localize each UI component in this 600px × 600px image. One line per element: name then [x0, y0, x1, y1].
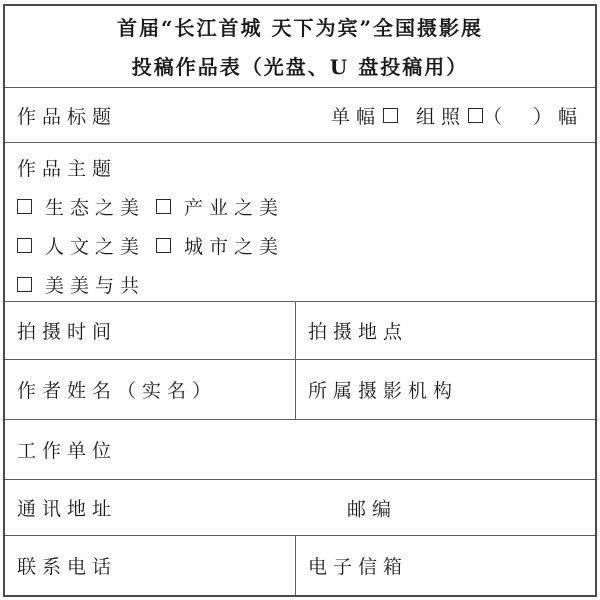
- group-photo-label: 组照: [416, 102, 466, 129]
- author-name-cell: 作者姓名（实名）: [5, 360, 296, 419]
- form-title-block: 首届“长江首城 天下为宾”全国摄影展 投稿作品表（光盘、U 盘投稿用）: [5, 6, 595, 87]
- submission-form-table: 首届“长江首城 天下为宾”全国摄影展 投稿作品表（光盘、U 盘投稿用） 作品标题…: [3, 4, 597, 597]
- email-cell: 电子信箱: [296, 536, 595, 595]
- artwork-title-row: 作品标题 单幅 组照 （ ）幅: [5, 87, 595, 142]
- shoot-time-label: 拍摄时间: [17, 317, 117, 344]
- theme-checkbox-humanity[interactable]: [17, 238, 32, 253]
- photo-org-cell: 所属摄影机构: [296, 360, 595, 419]
- theme-checkbox-harmony[interactable]: [17, 277, 32, 292]
- author-row: 作者姓名（实名） 所属摄影机构: [5, 359, 595, 419]
- theme-row: 作品主题 生态之美 产业之美 人文之美 城市之美 美美与共: [5, 142, 595, 301]
- frame-type-options: 单幅 组照 （ ）幅: [331, 102, 583, 129]
- theme-label: 作品主题: [17, 154, 117, 181]
- mail-address-label: 通讯地址: [17, 494, 117, 521]
- author-name-label: 作者姓名（实名）: [17, 376, 217, 403]
- theme-options-line2: 人文之美 城市之美: [17, 226, 583, 265]
- group-count-suffix: （ ）幅: [483, 102, 583, 129]
- phone-cell: 联系电话: [5, 536, 296, 595]
- work-unit-row: 工作单位: [5, 419, 595, 479]
- contact-row: 联系电话 电子信箱: [5, 535, 595, 595]
- phone-label: 联系电话: [17, 552, 117, 579]
- single-frame-checkbox[interactable]: [383, 108, 398, 123]
- theme-options-line1: 生态之美 产业之美: [17, 187, 583, 226]
- theme-label-line: 作品主题: [17, 148, 583, 187]
- email-label: 电子信箱: [308, 552, 408, 579]
- mail-address-row: 通讯地址 邮编: [5, 479, 595, 535]
- theme-checkbox-ecology[interactable]: [17, 199, 32, 214]
- theme-option-industry: 产业之美: [184, 193, 284, 220]
- artwork-title-label: 作品标题: [17, 102, 117, 129]
- single-frame-label: 单幅: [331, 102, 381, 129]
- group-photo-checkbox[interactable]: [468, 108, 483, 123]
- theme-option-humanity: 人文之美: [45, 232, 145, 259]
- postal-code-label: 邮编: [347, 494, 397, 521]
- theme-checkbox-city[interactable]: [156, 238, 171, 253]
- shoot-row: 拍摄时间 拍摄地点: [5, 301, 595, 359]
- form-title-line1: 首届“长江首城 天下为宾”全国摄影展: [17, 9, 583, 48]
- theme-option-harmony: 美美与共: [45, 271, 145, 298]
- shoot-time-cell: 拍摄时间: [5, 302, 296, 359]
- theme-option-city: 城市之美: [184, 232, 284, 259]
- shoot-location-cell: 拍摄地点: [296, 302, 595, 359]
- theme-options-line3: 美美与共: [17, 265, 583, 304]
- photo-org-label: 所属摄影机构: [308, 376, 458, 403]
- shoot-location-label: 拍摄地点: [308, 317, 408, 344]
- theme-checkbox-industry[interactable]: [156, 199, 171, 214]
- work-unit-label: 工作单位: [17, 436, 117, 463]
- form-title-line2: 投稿作品表（光盘、U 盘投稿用）: [17, 48, 583, 87]
- theme-option-ecology: 生态之美: [45, 193, 145, 220]
